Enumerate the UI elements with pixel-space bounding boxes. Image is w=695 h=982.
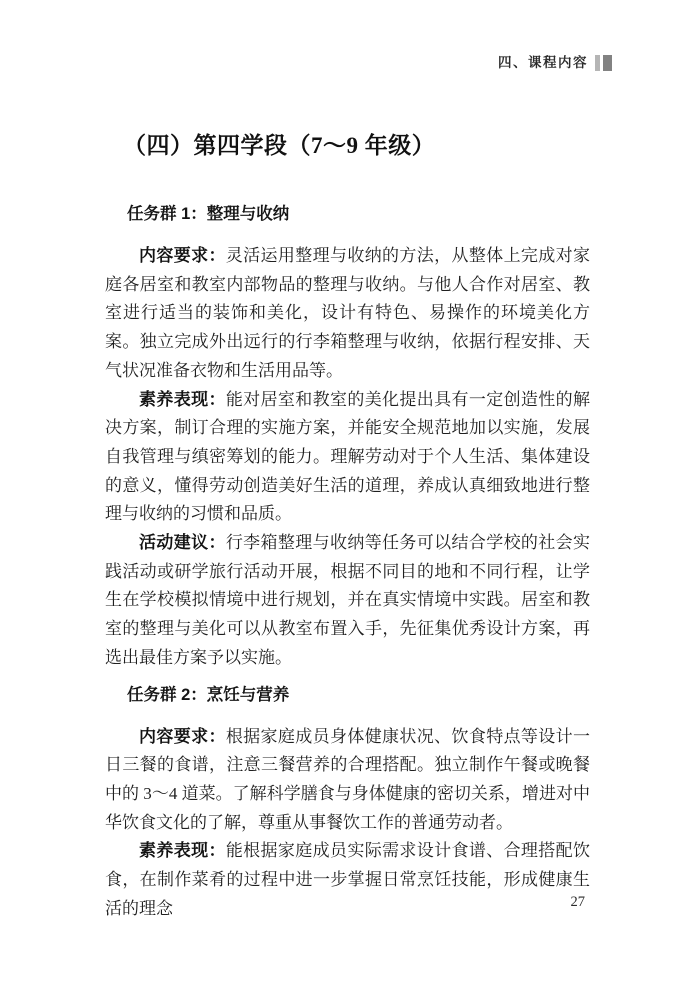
section-heading-task-group-1: 任务群 1：整理与收纳 xyxy=(127,202,590,226)
paragraph-label: 素养表现： xyxy=(139,390,226,409)
page-title: （四）第四学段（7～9 年级） xyxy=(123,130,590,162)
paragraph-text: 行李箱整理与收纳等任务可以结合学校的社会实践活动或研学旅行活动开展，根据不同目的… xyxy=(105,533,590,667)
section-2-body: 内容要求：根据家庭成员身体健康状况、饮食特点等设计一日三餐的食谱，注意三餐营养的… xyxy=(105,723,590,924)
paragraph-activity-suggestions-1: 活动建议：行李箱整理与收纳等任务可以结合学校的社会实践活动或研学旅行活动开展，根… xyxy=(105,529,590,673)
page-number: 27 xyxy=(571,894,586,911)
paragraph-content-requirements-2: 内容要求：根据家庭成员身体健康状况、饮食特点等设计一日三餐的食谱，注意三餐营养的… xyxy=(105,723,590,838)
page-content: （四）第四学段（7～9 年级） 任务群 1：整理与收纳 内容要求：灵活运用整理与… xyxy=(105,0,590,923)
paragraph-text: 灵活运用整理与收纳的方法，从整体上完成对家庭各居室和教室内部物品的整理与收纳。与… xyxy=(105,246,590,380)
paragraph-label: 内容要求： xyxy=(139,246,226,265)
paragraph-competency-performance-2: 素养表现：能根据家庭成员实际需求设计食谱、合理搭配饮食，在制作菜肴的过程中进一步… xyxy=(105,837,590,923)
paragraph-label: 素养表现： xyxy=(139,841,226,860)
paragraph-label: 内容要求： xyxy=(139,727,226,746)
header-accent-bar-light-icon xyxy=(595,55,600,71)
document-page: 四、课程内容 （四）第四学段（7～9 年级） 任务群 1：整理与收纳 内容要求：… xyxy=(0,0,695,982)
section-1-body: 内容要求：灵活运用整理与收纳的方法，从整体上完成对家庭各居室和教室内部物品的整理… xyxy=(105,242,590,673)
paragraph-competency-performance-1: 素养表现：能对居室和教室的美化提出具有一定创造性的解决方案，制订合理的实施方案，… xyxy=(105,386,590,530)
header-accent-bar-dark-icon xyxy=(603,55,612,71)
paragraph-label: 活动建议： xyxy=(139,533,226,552)
paragraph-content-requirements-1: 内容要求：灵活运用整理与收纳的方法，从整体上完成对家庭各居室和教室内部物品的整理… xyxy=(105,242,590,386)
section-heading-task-group-2: 任务群 2：烹饪与营养 xyxy=(127,683,590,707)
paragraph-text: 能对居室和教室的美化提出具有一定创造性的解决方案，制订合理的实施方案，并能安全规… xyxy=(105,390,590,524)
